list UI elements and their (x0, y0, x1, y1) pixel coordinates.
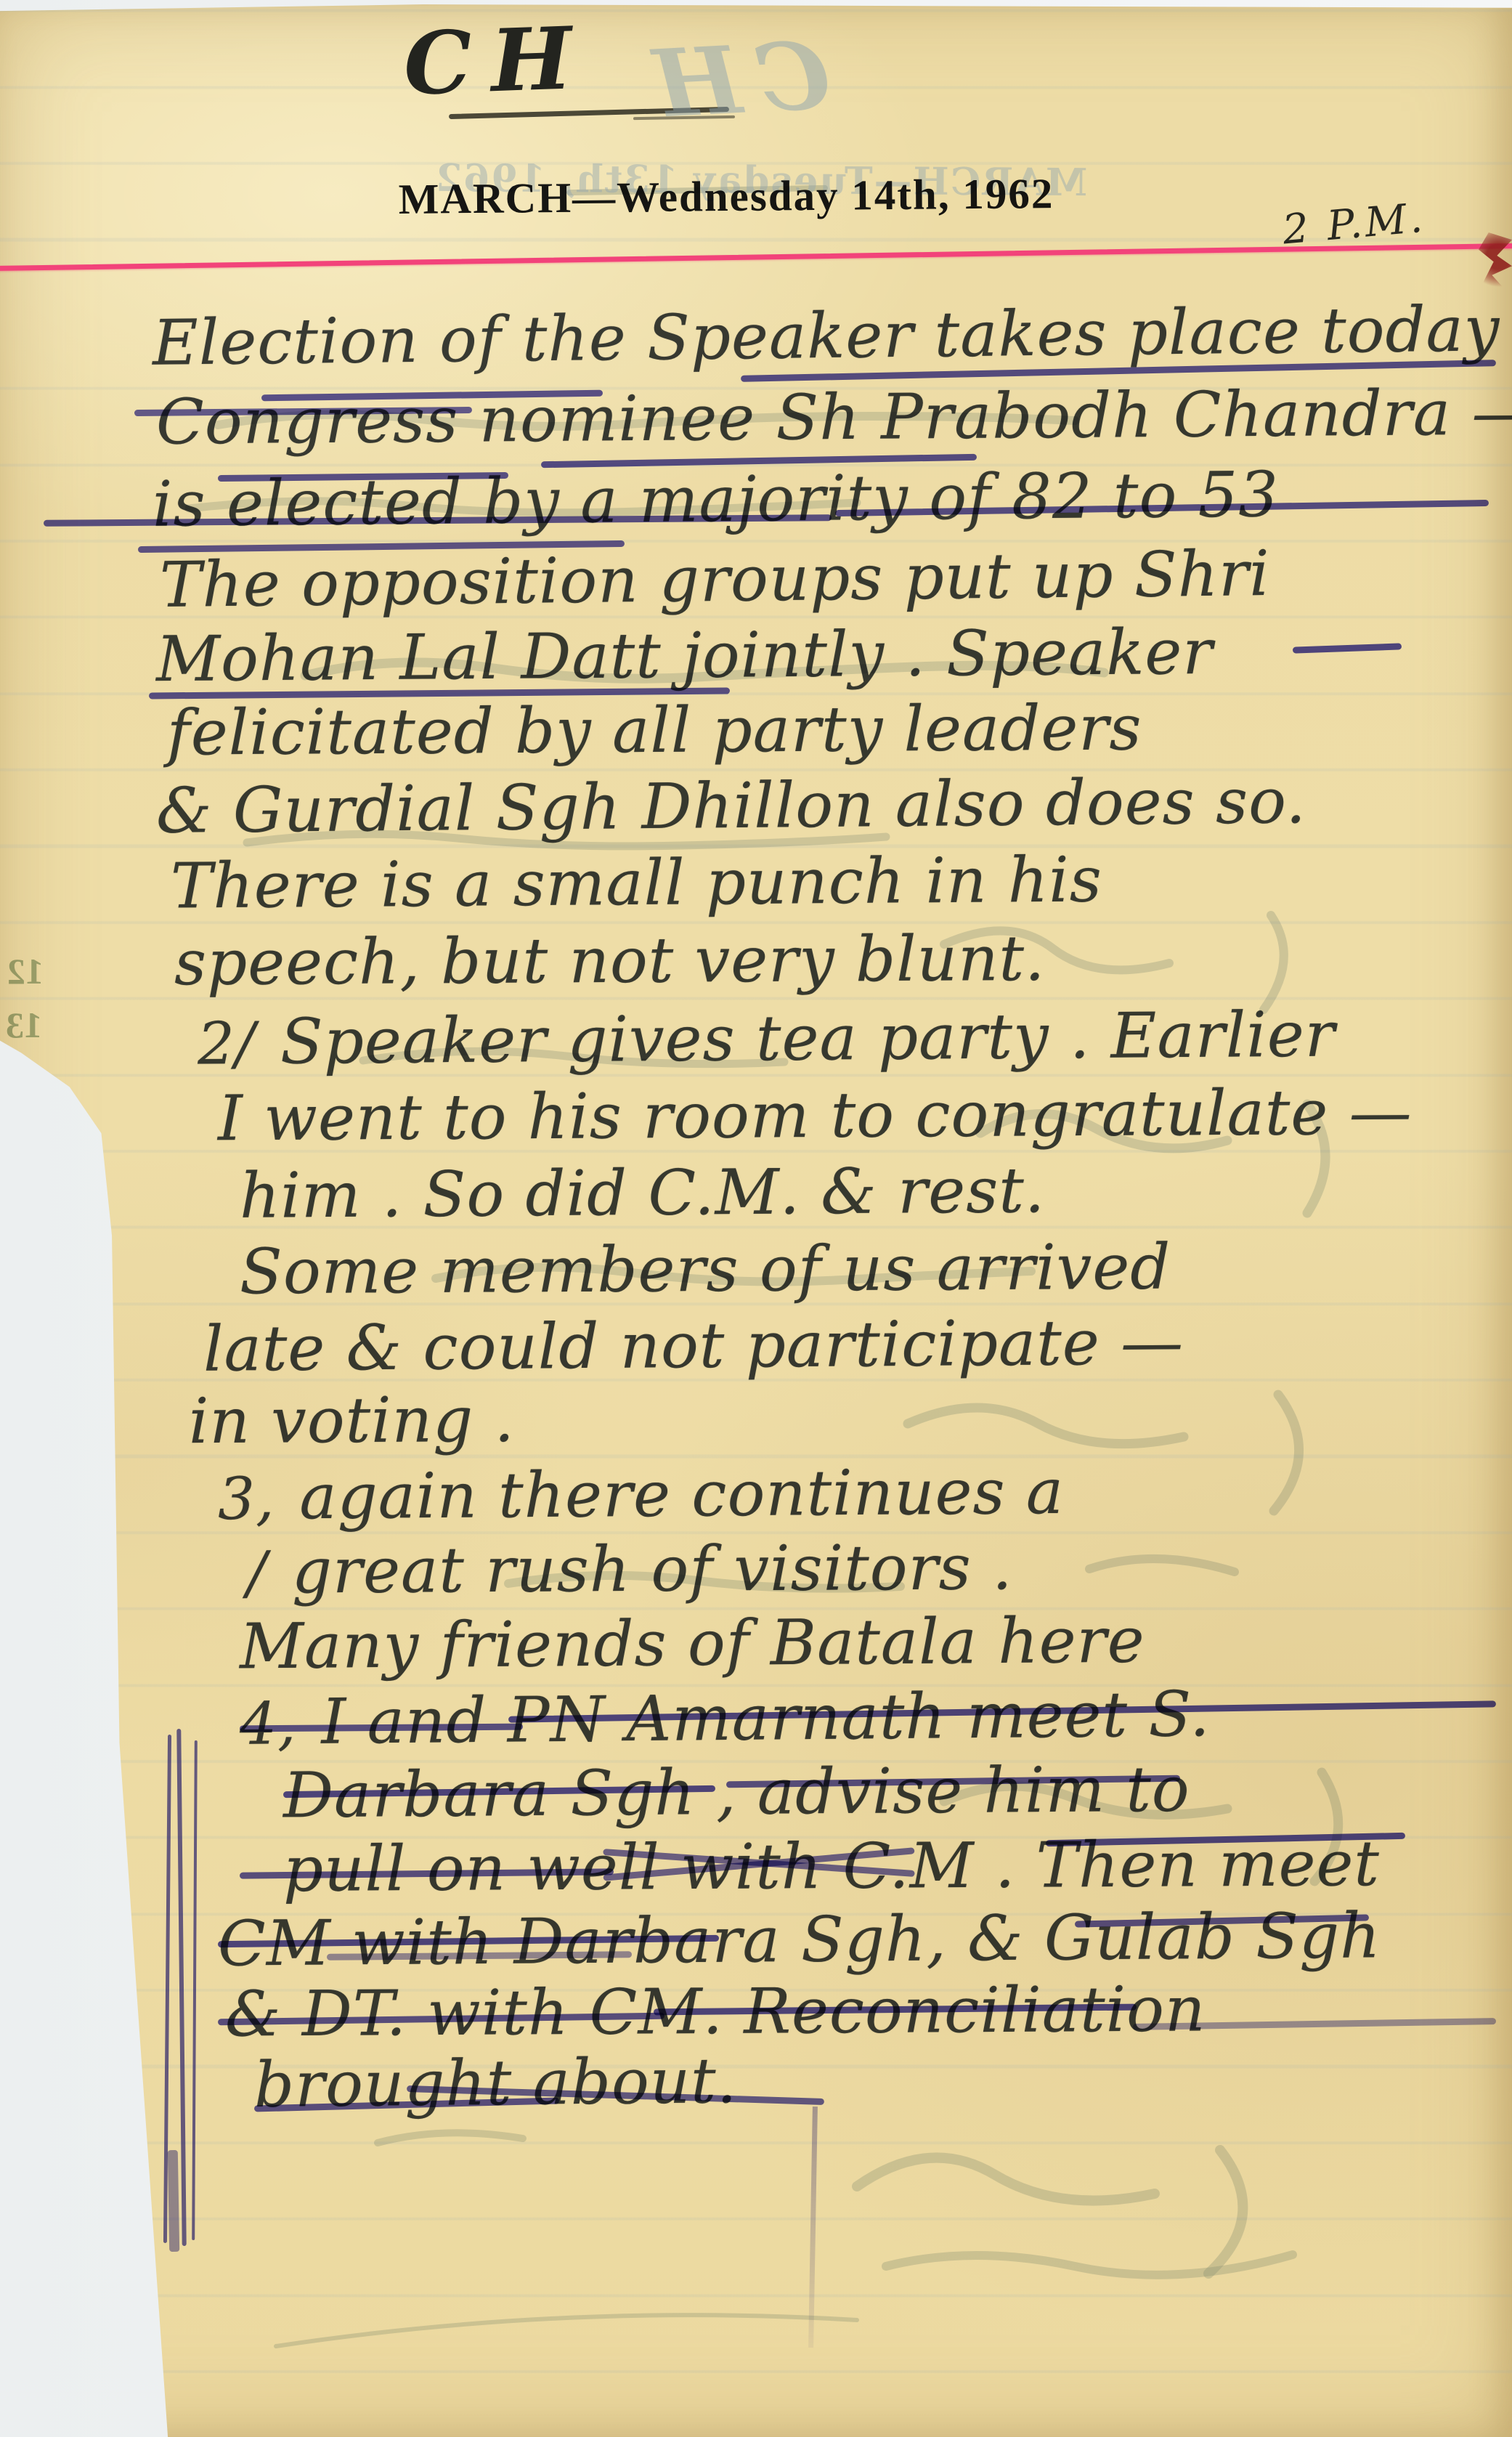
diary-entry-line: & Gurdial Sgh Dhillon also does so. (156, 765, 1307, 848)
diary-entry-line: There is a small punch in his (171, 844, 1103, 923)
diary-entry-line: him . So did C.M. & rest. (240, 1154, 1046, 1233)
entry-marker: 2/ (198, 1010, 256, 1078)
margin-emphasis-stroke (192, 1740, 198, 2240)
entry-text: great rush of visitors . (292, 1531, 1013, 1607)
ink-smear (808, 2106, 818, 2348)
diary-entry-line: Some members of us arrived (240, 1231, 1171, 1309)
entry-text: brought about. (254, 2045, 738, 2122)
margin-emphasis-blot (168, 2150, 179, 2252)
diary-entry-line: felicitated by all party leaders (167, 692, 1142, 769)
corner-monogram: CH (402, 7, 593, 115)
diary-entry-line: late & could not participate — (203, 1306, 1184, 1385)
diary-entry-line: Many friends of Batala here (240, 1605, 1145, 1684)
diary-page: CH CH MARCH—Tuesday 13th, 1962 MARCH—Wed… (0, 0, 1512, 2437)
entry-text: There is a small punch in his (171, 844, 1103, 923)
entry-text: is elected by a majority of 82 to 53 (153, 458, 1280, 541)
entry-text: him . So did C.M. & rest. (240, 1154, 1046, 1233)
entry-text: Mohan Lal Datt jointly . Speaker (156, 616, 1214, 696)
ghost-corner-monogram: CH (636, 21, 832, 140)
ghost-page-number: 12 (7, 950, 44, 992)
diary-entry-line: 3,again there continues a (218, 1456, 1065, 1534)
diary-entry-line: /great rush of visitors . (247, 1531, 1013, 1608)
ghost-page-number: 13 (6, 1004, 42, 1046)
entry-text: felicitated by all party leaders (167, 692, 1142, 769)
diary-entry-line: speech, but not very blunt. (174, 923, 1046, 999)
diary-entry-line: brought about. (254, 2045, 738, 2122)
entry-text: Speaker gives tea party . Earlier (280, 999, 1336, 1079)
diary-entry-line: 2/Speaker gives tea party . Earlier (198, 999, 1336, 1079)
margin-emphasis-stroke (176, 1729, 186, 2246)
diary-entry-line: is elected by a majority of 82 to 53 (153, 458, 1280, 541)
entry-text: late & could not participate — (203, 1306, 1184, 1385)
printed-date-header: MARCH—Wednesday 14th, 1962 (341, 168, 1112, 224)
diary-entry-line: in voting . (189, 1384, 515, 1458)
red-edge-mark (1479, 232, 1512, 293)
entry-marker: / (247, 1539, 267, 1607)
entry-text: Some members of us arrived (240, 1231, 1171, 1309)
diary-entry-line: I went to his room to congratulate — (218, 1076, 1413, 1156)
entry-marker: 3, (218, 1465, 275, 1533)
entry-text: speech, but not very blunt. (174, 923, 1046, 999)
entry-text: Many friends of Batala here (240, 1605, 1145, 1684)
diary-photograph: CH CH MARCH—Tuesday 13th, 1962 MARCH—Wed… (0, 0, 1512, 2437)
entry-text: again there continues a (299, 1456, 1065, 1533)
entry-text: Congress nominee Sh Prabodh Chandra — (156, 376, 1512, 458)
diary-entry-line: Congress nominee Sh Prabodh Chandra — (156, 376, 1512, 458)
pink-rule (0, 243, 1512, 271)
entry-marker: 4, (240, 1690, 297, 1758)
blue-underline-stroke (1293, 643, 1402, 653)
entry-text: I went to his room to congratulate — (218, 1076, 1413, 1156)
diary-entry-line: Mohan Lal Datt jointly . Speaker (156, 616, 1214, 696)
entry-text: in voting . (189, 1384, 515, 1458)
entry-text: & Gurdial Sgh Dhillon also does so. (156, 765, 1307, 848)
